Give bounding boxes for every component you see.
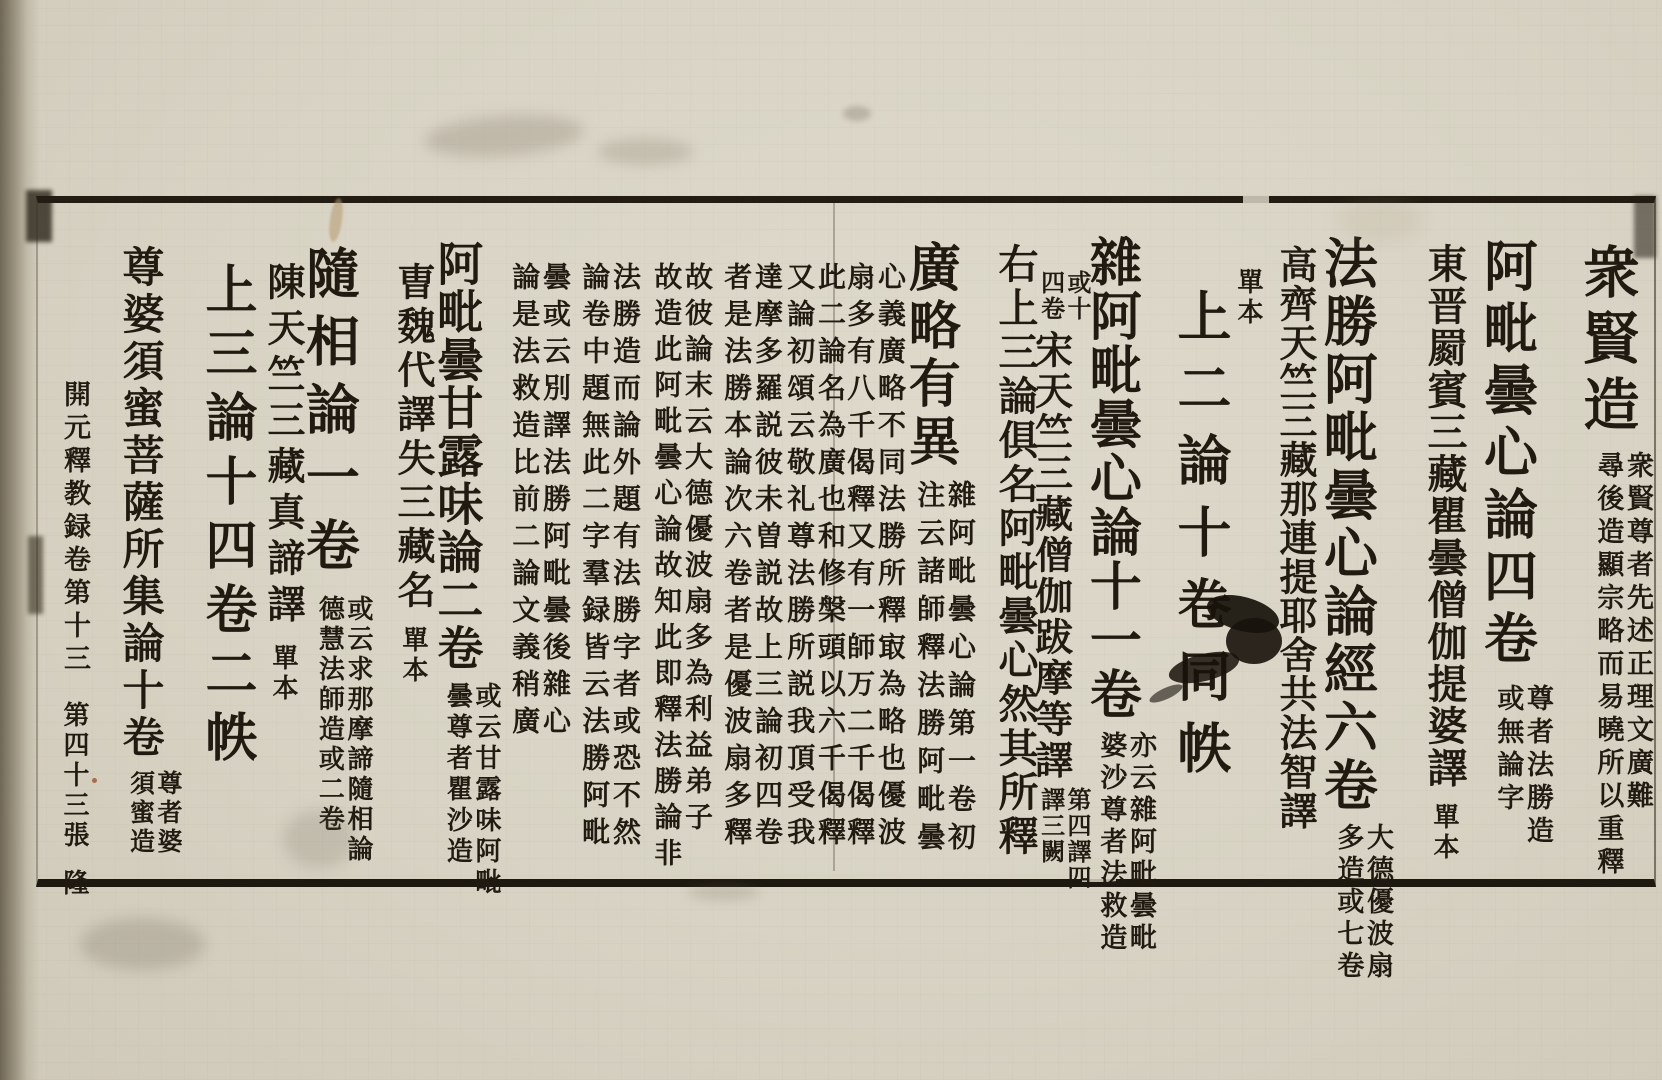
entry-title: 上三論十四卷二帙 <box>196 262 257 774</box>
paper-smudge <box>843 106 871 121</box>
text-column-comment-head-2: 廣略有異雜阿毗曇心論第一卷初注云諸師釋法勝阿毗曇 <box>913 240 975 860</box>
annotation: 尊者婆須蜜造 <box>127 770 182 857</box>
text-column-edge-column: 開元釋教録卷第十三第四十三張隆 <box>58 380 88 895</box>
text-column-entry-ganluwei: 阿毗曇甘露味論二卷或云甘露味阿毗曇尊者瞿沙造 <box>436 240 500 899</box>
text-column-comment-head: 右上三論俱名阿毗曇心然其所釋 <box>988 243 1035 859</box>
annotation-subcolumn: 四卷 <box>1037 270 1063 322</box>
annotation: 亦云雜阿毗曇毗婆沙尊者法救造 <box>1096 731 1155 955</box>
annotation-subcolumn: 單本 <box>1233 268 1262 328</box>
entry-title: 法勝阿毗曇心論經六卷 <box>1315 235 1379 815</box>
entry-title: 衆賢造 <box>1574 243 1640 441</box>
annotation-subcolumn: 或無論字 <box>1493 684 1523 849</box>
text-column-entry-apitan-xinlun: 阿毗曇心論四卷尊者法勝造或無論字 <box>1490 238 1552 849</box>
text-column-entry-zhongxian: 衆賢造衆賢尊者先述正理文廣難尋後造顯宗略而易曉所以重釋 <box>1590 243 1652 880</box>
annotation-subcolumn: 法勝造而論外題有法勝字者或恐不然 <box>609 262 640 854</box>
annotation: 雜阿毗曇心論第一卷初注云諸師釋法勝阿毗曇 <box>913 480 975 860</box>
annotation-subcolumn: 尊者婆 <box>155 770 183 857</box>
entry-translator: 高齊天竺三藏那連提耶舍共法智譯 <box>1273 245 1318 830</box>
paper-smudge <box>80 918 205 970</box>
text-column-entry-za-apitan: 雜阿毗曇心論十一卷亦云雜阿毗曇毗婆沙尊者法救造 <box>1093 235 1155 955</box>
edge-mark: 隆 <box>59 869 89 895</box>
text-column-note-danben: 單本 <box>1232 268 1262 328</box>
annotation: 單本 <box>398 626 427 686</box>
annotation: 衆賢尊者先述正理文廣難尋後造顯宗略而易曉所以重釋 <box>1593 451 1652 880</box>
annotation-subcolumn: 德慧法師造或二卷 <box>315 595 344 865</box>
annotation: 單本 <box>1233 268 1262 328</box>
edge-mark: 開元釋教録卷第十三 <box>59 380 90 677</box>
entry-translator: 陳天竺三藏真諦譯 <box>261 262 306 630</box>
annotation-subcolumn: 衆賢尊者先述正理文廣難 <box>1622 451 1652 880</box>
annotation-subcolumn: 論是法救造比前二論文義稍廣 <box>508 262 539 743</box>
annotation-subcolumn: 雜阿毗曇心論第一卷初 <box>944 480 975 860</box>
annotation: 大德優波扇多造或七卷 <box>1333 823 1392 983</box>
annotation-subcolumn: 尊者法勝造 <box>1522 684 1552 849</box>
annotation-subcolumn: 者是法勝本論次六卷者是優波扇多釋 <box>720 262 751 854</box>
annotation-subcolumn: 單本 <box>268 644 297 704</box>
text-column-comment-k5: 故彼論末云大德優波扇多為利益弟子故造此阿毗曇心論故知此即釋法勝論非 <box>656 262 712 874</box>
edge-mark: 第四十三張 <box>59 701 89 851</box>
text-column-comment-k3: 此二論名為廣也和修槃頭以六千偈釋又論初頌云敬礼尊法勝所説我頂受我 <box>789 262 845 854</box>
entry-title: 上二論十卷同帙 <box>1169 288 1233 792</box>
annotation-subcolumn: 達摩多羅説彼未曽説故上三論初四卷 <box>751 262 782 854</box>
annotation: 或十四卷 <box>1037 270 1090 322</box>
annotation-subcolumn: 譯三闕 <box>1037 787 1063 891</box>
entry-title: 尊婆須蜜菩薩所集論十卷 <box>117 245 166 762</box>
text-column-translator-dongjin: 東晋罽賓三藏瞿曇僧伽提婆譯單本 <box>1416 243 1464 863</box>
annotation-subcolumn: 第四譯四 <box>1064 787 1090 891</box>
annotation-subcolumn: 論卷中題無此二字羣録皆云法勝阿毗 <box>578 262 609 854</box>
text-column-translator-song: 或十四卷宋天竺三藏僧伽跋摩等譯第四譯四譯三闕 <box>1040 270 1090 891</box>
annotation: 曇或云別譯法勝阿毗曇後雜心論是法救造比前二論文義稍廣 <box>508 262 570 743</box>
annotation-subcolumn: 單本 <box>1429 803 1458 863</box>
annotation: 或云甘露味阿毗曇尊者瞿沙造 <box>443 682 500 899</box>
entry-title: 阿毗曇甘露味論二卷 <box>430 240 484 672</box>
text-column-comment-k6: 法勝造而論外題有法勝字者或恐不然論卷中題無此二字羣録皆云法勝阿毗 <box>584 262 640 854</box>
annotation: 或云求那摩諦隨相論德慧法師造或二卷 <box>315 595 372 865</box>
scanned-page: 衆賢造衆賢尊者先述正理文廣難尋後造顯宗略而易曉所以重釋阿毗曇心論四卷尊者法勝造或… <box>0 0 1662 1080</box>
annotation-subcolumn: 心義廣略不同法勝所釋㝡為略也優波 <box>874 262 905 854</box>
entry-title: 廣略有異 <box>899 240 960 472</box>
frame-break <box>1243 194 1269 205</box>
annotation-subcolumn: 尋後造顯宗略而易曉所以重釋 <box>1593 451 1623 880</box>
text-column-entry-suixianglun: 隨相論一卷或云求那摩諦隨相論德慧法師造或二卷 <box>308 245 372 865</box>
text-column-entry-fasheng-apitan: 法勝阿毗曇心論經六卷大德優波扇多造或七卷 <box>1328 235 1392 983</box>
annotation-subcolumn: 注云諸師釋法勝阿毗曇 <box>913 480 944 860</box>
paper-smudge <box>423 110 585 161</box>
annotation: 法勝造而論外題有法勝字者或恐不然論卷中題無此二字羣録皆云法勝阿毗 <box>578 262 640 854</box>
annotation-subcolumn: 或云求那摩諦隨相論 <box>343 595 372 865</box>
entry-translator: 曺魏代譯失三藏名 <box>391 262 436 614</box>
annotation-subcolumn: 大德優波扇 <box>1362 823 1392 983</box>
annotation-subcolumn: 或云甘露味阿毗 <box>471 682 500 899</box>
entry-title: 隨相論一卷 <box>297 245 361 585</box>
annotation-subcolumn: 單本 <box>398 626 427 686</box>
entry-title: 阿毗曇心論四卷 <box>1475 238 1539 672</box>
text-column-summary-three-treatises: 上三論十四卷二帙 <box>188 262 252 774</box>
paper-smudge <box>598 138 693 165</box>
annotation-subcolumn: 故造此阿毗曇心論故知此即釋法勝論非 <box>650 262 681 874</box>
text-column-comment-k2: 心義廣略不同法勝所釋㝡為略也優波扇多有八千偈釋又有一師万二千偈釋 <box>849 262 905 854</box>
annotation-subcolumn: 或十 <box>1064 270 1090 322</box>
annotation: 單本 <box>1429 803 1458 863</box>
annotation-subcolumn: 故彼論末云大德優波扇多為利益弟子 <box>681 262 712 874</box>
annotation: 此二論名為廣也和修槃頭以六千偈釋又論初頌云敬礼尊法勝所説我頂受我 <box>783 262 845 854</box>
text-column-translator-chen: 陳天竺三藏真諦譯單本 <box>256 262 302 704</box>
annotation: 單本 <box>268 644 297 704</box>
text-column-entry-zunpoxumi: 尊婆須蜜菩薩所集論十卷尊者婆須蜜造 <box>120 245 182 857</box>
text-column-translator-caowei: 曺魏代譯失三藏名單本 <box>388 262 432 686</box>
annotation: 達摩多羅説彼未曽説故上三論初四卷者是法勝本論次六卷者是優波扇多釋 <box>720 262 782 854</box>
annotation-subcolumn: 扇多有八千偈釋又有一師万二千偈釋 <box>843 262 874 854</box>
text-column-summary-two-treatises: 上二論十卷同帙 <box>1164 288 1228 792</box>
entry-translator: 右上三論俱名阿毗曇心然其所釋 <box>992 243 1039 859</box>
text-column-translator-gaoqi: 高齊天竺三藏那連提耶舍共法智譯 <box>1268 245 1314 830</box>
annotation: 尊者法勝造或無論字 <box>1493 684 1552 849</box>
entry-translator: 東晋罽賓三藏瞿曇僧伽提婆譯 <box>1421 243 1468 789</box>
annotation: 心義廣略不同法勝所釋㝡為略也優波扇多有八千偈釋又有一師万二千偈釋 <box>843 262 905 854</box>
annotation: 第四譯四譯三闕 <box>1037 787 1090 891</box>
annotation-subcolumn: 此二論名為廣也和修槃頭以六千偈釋 <box>814 262 845 854</box>
text-column-comment-k7: 曇或云別譯法勝阿毗曇後雜心論是法救造比前二論文義稍廣 <box>514 262 570 743</box>
annotation-subcolumn: 婆沙尊者法救造 <box>1096 731 1126 955</box>
annotation-subcolumn: 又論初頌云敬礼尊法勝所説我頂受我 <box>783 262 814 854</box>
annotation-subcolumn: 多造或七卷 <box>1333 823 1363 983</box>
annotation-subcolumn: 曇或云別譯法勝阿毗曇後雜心 <box>539 262 570 743</box>
annotation-subcolumn: 須蜜造 <box>127 770 155 857</box>
annotation: 故彼論末云大德優波扇多為利益弟子故造此阿毗曇心論故知此即釋法勝論非 <box>650 262 712 874</box>
annotation-subcolumn: 亦云雜阿毗曇毗 <box>1125 731 1155 955</box>
text-column-comment-k4: 達摩多羅説彼未曽説故上三論初四卷者是法勝本論次六卷者是優波扇多釋 <box>726 262 782 854</box>
annotation-subcolumn: 曇尊者瞿沙造 <box>443 682 472 899</box>
